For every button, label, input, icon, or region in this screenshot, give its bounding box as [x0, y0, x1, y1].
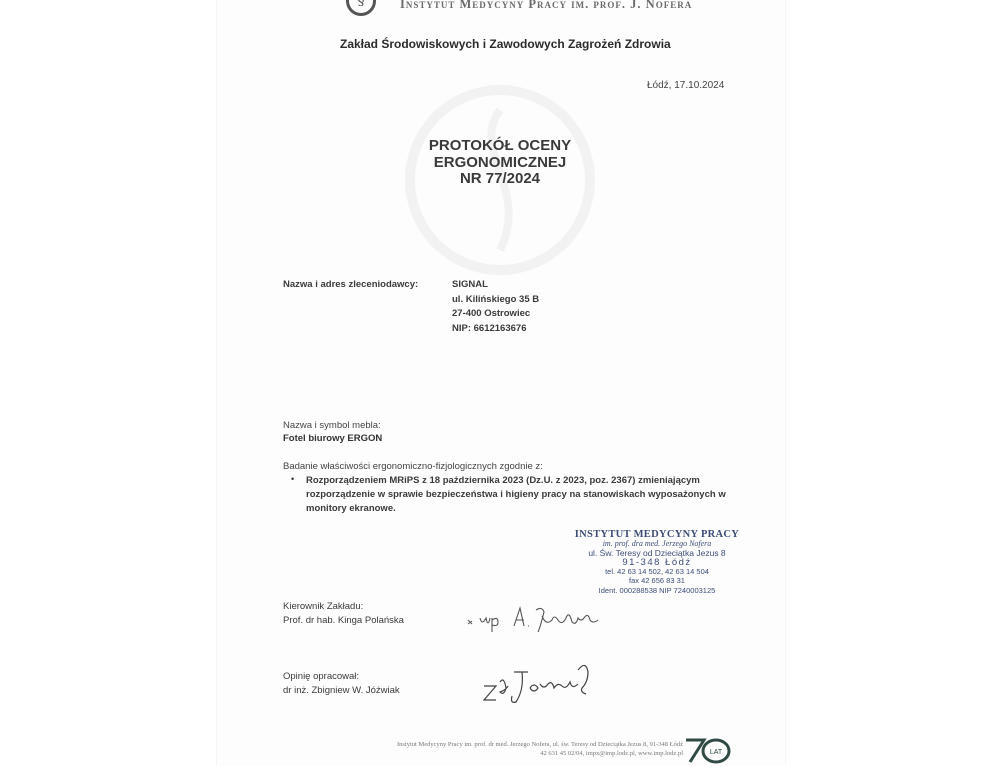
client-address: SIGNAL ul. Kilińskiego 35 B 27-400 Ostro…	[452, 278, 539, 336]
regulation-item: Rozporządzeniem MRiPS z 18 października …	[306, 474, 746, 516]
client-nip: NIP: 6612163676	[452, 322, 539, 337]
report-author: Opinię opracował: dr inż. Zbigniew W. Jó…	[283, 670, 400, 698]
furniture-value: Fotel biurowy ERGON	[283, 433, 382, 444]
furniture-label: Nazwa i symbol mebla:	[283, 420, 381, 431]
place-date: Łódź, 17.10.2024	[647, 80, 724, 91]
author-signature	[480, 660, 600, 704]
stamp-line-6: fax 42 656 83 31	[572, 576, 742, 585]
client-street: ul. Kilińskiego 35 B	[452, 293, 539, 308]
badge-text: LAT	[710, 749, 723, 756]
study-intro: Badanie właściwości ergonomiczno-fizjolo…	[283, 461, 543, 472]
client-city: 27-400 Ostrowiec	[452, 307, 539, 322]
head-of-department: Kierownik Zakładu: Prof. dr hab. Kinga P…	[283, 600, 404, 628]
stamp-line-1: INSTYTUT MEDYCYNY PRACY	[572, 530, 742, 539]
author-role-label: Opinię opracował:	[283, 670, 400, 684]
page-footer: Instytut Medycyny Pracy im. prof. dr med…	[298, 740, 683, 758]
institute-header: Instytut Medycyny Pracy im. prof. J. Nof…	[400, 0, 692, 12]
title-line-2: ERGONOMICZNEJ	[400, 155, 600, 172]
stamp-line-4: 91-348 Łódź	[572, 558, 742, 567]
client-label: Nazwa i adres zleceniodawcy:	[283, 279, 418, 290]
document-title: PROTOKÓŁ OCENY ERGONOMICZNEJ NR 77/2024	[400, 138, 600, 188]
institute-stamp: INSTYTUT MEDYCYNY PRACY im. prof. dra me…	[572, 530, 742, 595]
head-signature	[462, 600, 622, 636]
footer-contact: 42 631 45 02/04, impx@imp.lodz.pl, www.i…	[298, 749, 683, 758]
footer-address: Instytut Medycyny Pracy im. prof. dr med…	[298, 740, 683, 749]
title-line-1: PROTOKÓŁ OCENY	[400, 138, 600, 155]
title-line-3: NR 77/2024	[400, 171, 600, 188]
anniversary-70-badge-icon: LAT	[684, 735, 734, 765]
stamp-line-5: tel. 42 63 14 502, 42 63 14 504	[572, 567, 742, 576]
department-name: Zakład Środowiskowych i Zawodowych Zagro…	[340, 37, 671, 51]
client-name: SIGNAL	[452, 278, 539, 293]
bullet-icon: •	[291, 474, 294, 484]
head-role-label: Kierownik Zakładu:	[283, 600, 404, 614]
stamp-line-7: Ident. 000288538 NIP 7240003125	[572, 586, 742, 595]
head-name: Prof. dr hab. Kinga Polańska	[283, 614, 404, 628]
author-name: dr inż. Zbigniew W. Jóźwiak	[283, 684, 400, 698]
